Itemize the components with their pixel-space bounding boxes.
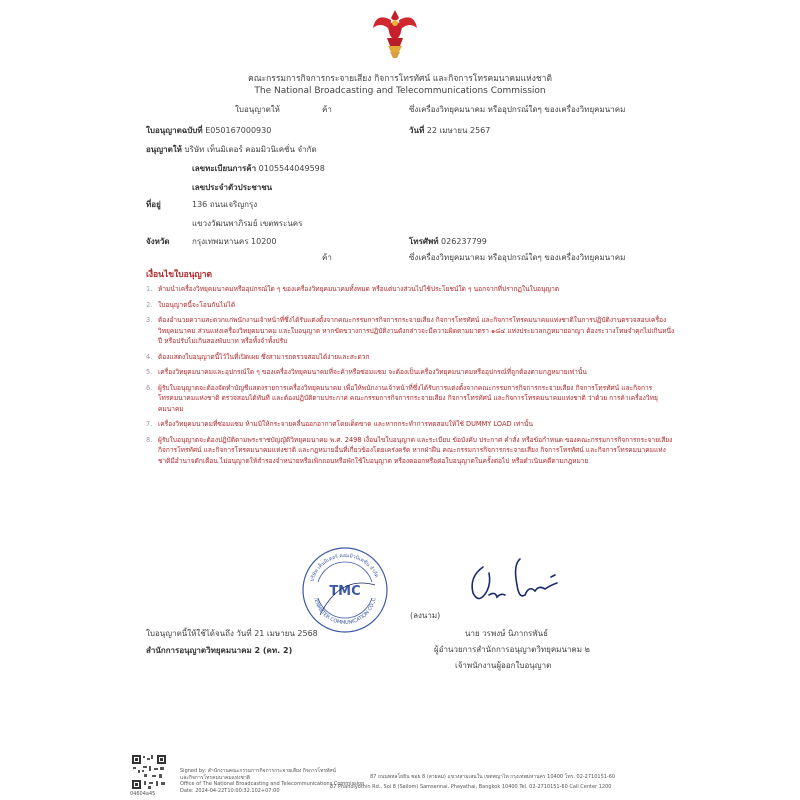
trade-description: ซึ่งเครื่องวิทยุคมนาคม หรืออุปกรณ์ใดๆ ขอ… — [409, 103, 625, 116]
issuing-office: สำนักการอนุญาตวิทยุคมนาคม 2 (คท. 2) — [146, 644, 292, 657]
condition-item: 2.ใบอนุญาตนี้จะโอนกันไม่ได้ — [146, 300, 686, 311]
qr-code-icon — [131, 754, 167, 790]
qr-code — [131, 754, 167, 790]
issue-date: 22 เมษายน 2567 — [427, 126, 491, 135]
license-number-row: ใบอนุญาตฉบับที่ E050167000930 — [146, 124, 271, 137]
office-address-en: 87 Phaholyothin Rd., Soi 8 (Sailom) Sams… — [330, 784, 611, 790]
trade-label: ค้า — [322, 103, 332, 116]
issue-date-row: วันที่ 22 เมษายน 2567 — [409, 124, 490, 137]
issue-date-label: วันที่ — [409, 126, 424, 135]
address-label: ที่อยู่ — [146, 198, 161, 211]
signed-label: (ลงนาม) — [410, 609, 440, 622]
garuda-emblem — [370, 6, 420, 62]
condition-item: 7.เครื่องวิทยุคมนาคมที่ซ่อมแซม ห้ามมิให้… — [146, 419, 686, 430]
grantee-label: อนุญาตให้ — [146, 145, 182, 154]
citizen-id-label: เลขประจำตัวประชาชน — [192, 183, 272, 192]
signatory-name: นาย วรพงษ์ นิภากรพันธ์ — [465, 627, 548, 640]
reg-label: เลขทะเบียนการค้า — [192, 164, 256, 173]
stamp-seal-icon: บริษัท เท็นมิเตอร์ คอมมิวนิเคชั่น จำกัด … — [300, 545, 390, 635]
garuda-icon — [370, 6, 420, 62]
conditions-list: 1.ห้ามนำเครื่องวิทยุคมนาคมหรืออุปกรณ์ใด … — [146, 284, 686, 466]
license-number: E050167000930 — [205, 126, 271, 135]
address-line-1: 136 ถนนเจริญกรุง — [192, 198, 257, 211]
license-number-label: ใบอนุญาตฉบับที่ — [146, 126, 203, 135]
condition-item: 1.ห้ามนำเครื่องวิทยุคมนาคมหรืออุปกรณ์ใด … — [146, 284, 686, 295]
address-line-2: แขวงวัฒนพาภิรมย์ เขตพระนคร — [192, 217, 302, 230]
handwritten-signature-icon — [465, 555, 575, 610]
agency-name-en: The National Broadcasting and Telecommun… — [0, 86, 800, 96]
trade-description-2: ซึ่งเครื่องวิทยุคมนาคม หรืออุปกรณ์ใดๆ ขอ… — [409, 251, 625, 264]
signatory-role: เจ้าพนักงานผู้ออกใบอนุญาต — [455, 659, 551, 672]
citizen-id-row: เลขประจำตัวประชาชน — [192, 181, 272, 194]
reg-row: เลขทะเบียนการค้า 0105544049598 — [192, 162, 325, 175]
province-label: จังหวัด — [146, 235, 170, 248]
signature-date: Date: 2024-04-22T10:00:32.102+07:00 — [180, 788, 280, 794]
signature — [465, 555, 575, 610]
phone-row: โทรศัพท์ 026237799 — [409, 235, 487, 248]
condition-item: 4.ต้องแสดงใบอนุญาตนี้ไว้ในที่เปิดเผย ซึ่… — [146, 352, 686, 363]
qr-code-id: 04604a45 — [130, 791, 155, 797]
condition-item: 6.ผู้รับใบอนุญาตจะต้องจัดทำบัญชีแสดงรายก… — [146, 383, 686, 415]
conditions-title: เงื่อนไขใบอนุญาต — [146, 267, 212, 281]
province: กรุงเทพมหานคร 10200 — [192, 235, 276, 248]
office-address-th: 87 ถนนพหลโยธิน ซอย 8 (สายลม) แขวงสามเสนใ… — [370, 773, 615, 781]
svg-text:TMC: TMC — [329, 584, 360, 599]
grantee-row: อนุญาตให้ บริษัท เท็นมิเตอร์ คอมมิวนิเคช… — [146, 143, 317, 156]
condition-item: 3.ต้องอำนวยความสะดวกแก่พนักงานเจ้าหน้าที… — [146, 315, 686, 347]
signatory-position: ผู้อำนวยการสำนักการอนุญาตวิทยุคมนาคม ๒ — [434, 643, 590, 656]
condition-item: 8.ผู้รับใบอนุญาตจะต้องปฏิบัติตามพระราชบั… — [146, 435, 686, 467]
phone-number: 026237799 — [441, 237, 487, 246]
phone-label: โทรศัพท์ — [409, 237, 439, 246]
company-stamp: บริษัท เท็นมิเตอร์ คอมมิวนิเคชั่น จำกัด … — [300, 545, 390, 635]
agency-name-th: คณะกรรมการกิจการกระจายเสียง กิจการโทรทัศ… — [0, 71, 800, 85]
condition-item: 5.เครื่องวิทยุคมนาคมและอุปกรณ์ใด ๆ ของเค… — [146, 367, 686, 378]
valid-until: ใบอนุญาตนี้ให้ใช้ได้จนถึง วันที่ 21 เมษา… — [146, 627, 318, 640]
reg-number: 0105544049598 — [259, 164, 325, 173]
trade-label-2: ค้า — [322, 251, 332, 264]
license-to-label: ใบอนุญาตให้ — [235, 103, 280, 116]
grantee-name: บริษัท เท็นมิเตอร์ คอมมิวนิเคชั่น จำกัด — [185, 145, 317, 154]
